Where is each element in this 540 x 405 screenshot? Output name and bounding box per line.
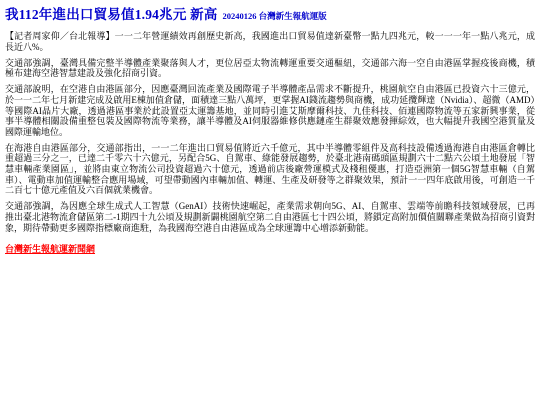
article-paragraph: 在海港自由港區部分，交通部指出，一一二年進出口貿易值將近六千億元，其中半導體零組… bbox=[5, 143, 535, 196]
page-title: 我112年進出口貿易值1.94兆元 新高 bbox=[5, 7, 218, 22]
article-paragraph: 交通部說明，在空港自由港區部分，因應臺灣回流產業及國際電子半導體產品需求不斷提升… bbox=[5, 84, 535, 137]
article-paragraph: 交通部強調，為因應全球生成式人工智慧（GenAI）技術快速崛起，產業需求朝向5G… bbox=[5, 201, 535, 233]
article-paragraph-lead: 【記者周家仰／台北報導】一一二年營運績效再創歷史新高，我國進出口貿易值達新臺幣一… bbox=[5, 31, 535, 52]
article-paragraph: 交通部強調，臺灣具備完整半導體產業聚落與人才，更位居亞太物流轉運重要交通樞紐，交… bbox=[5, 58, 535, 79]
article-header: 我112年進出口貿易值1.94兆元 新高20240126 台灣新生報航運版 bbox=[5, 3, 535, 24]
source-site-link[interactable]: 台灣新生報航運新聞網 bbox=[5, 242, 95, 255]
title-date-source: 20240126 台灣新生報航運版 bbox=[223, 11, 327, 21]
article-page: 我112年進出口貿易值1.94兆元 新高20240126 台灣新生報航運版 【記… bbox=[0, 0, 540, 405]
